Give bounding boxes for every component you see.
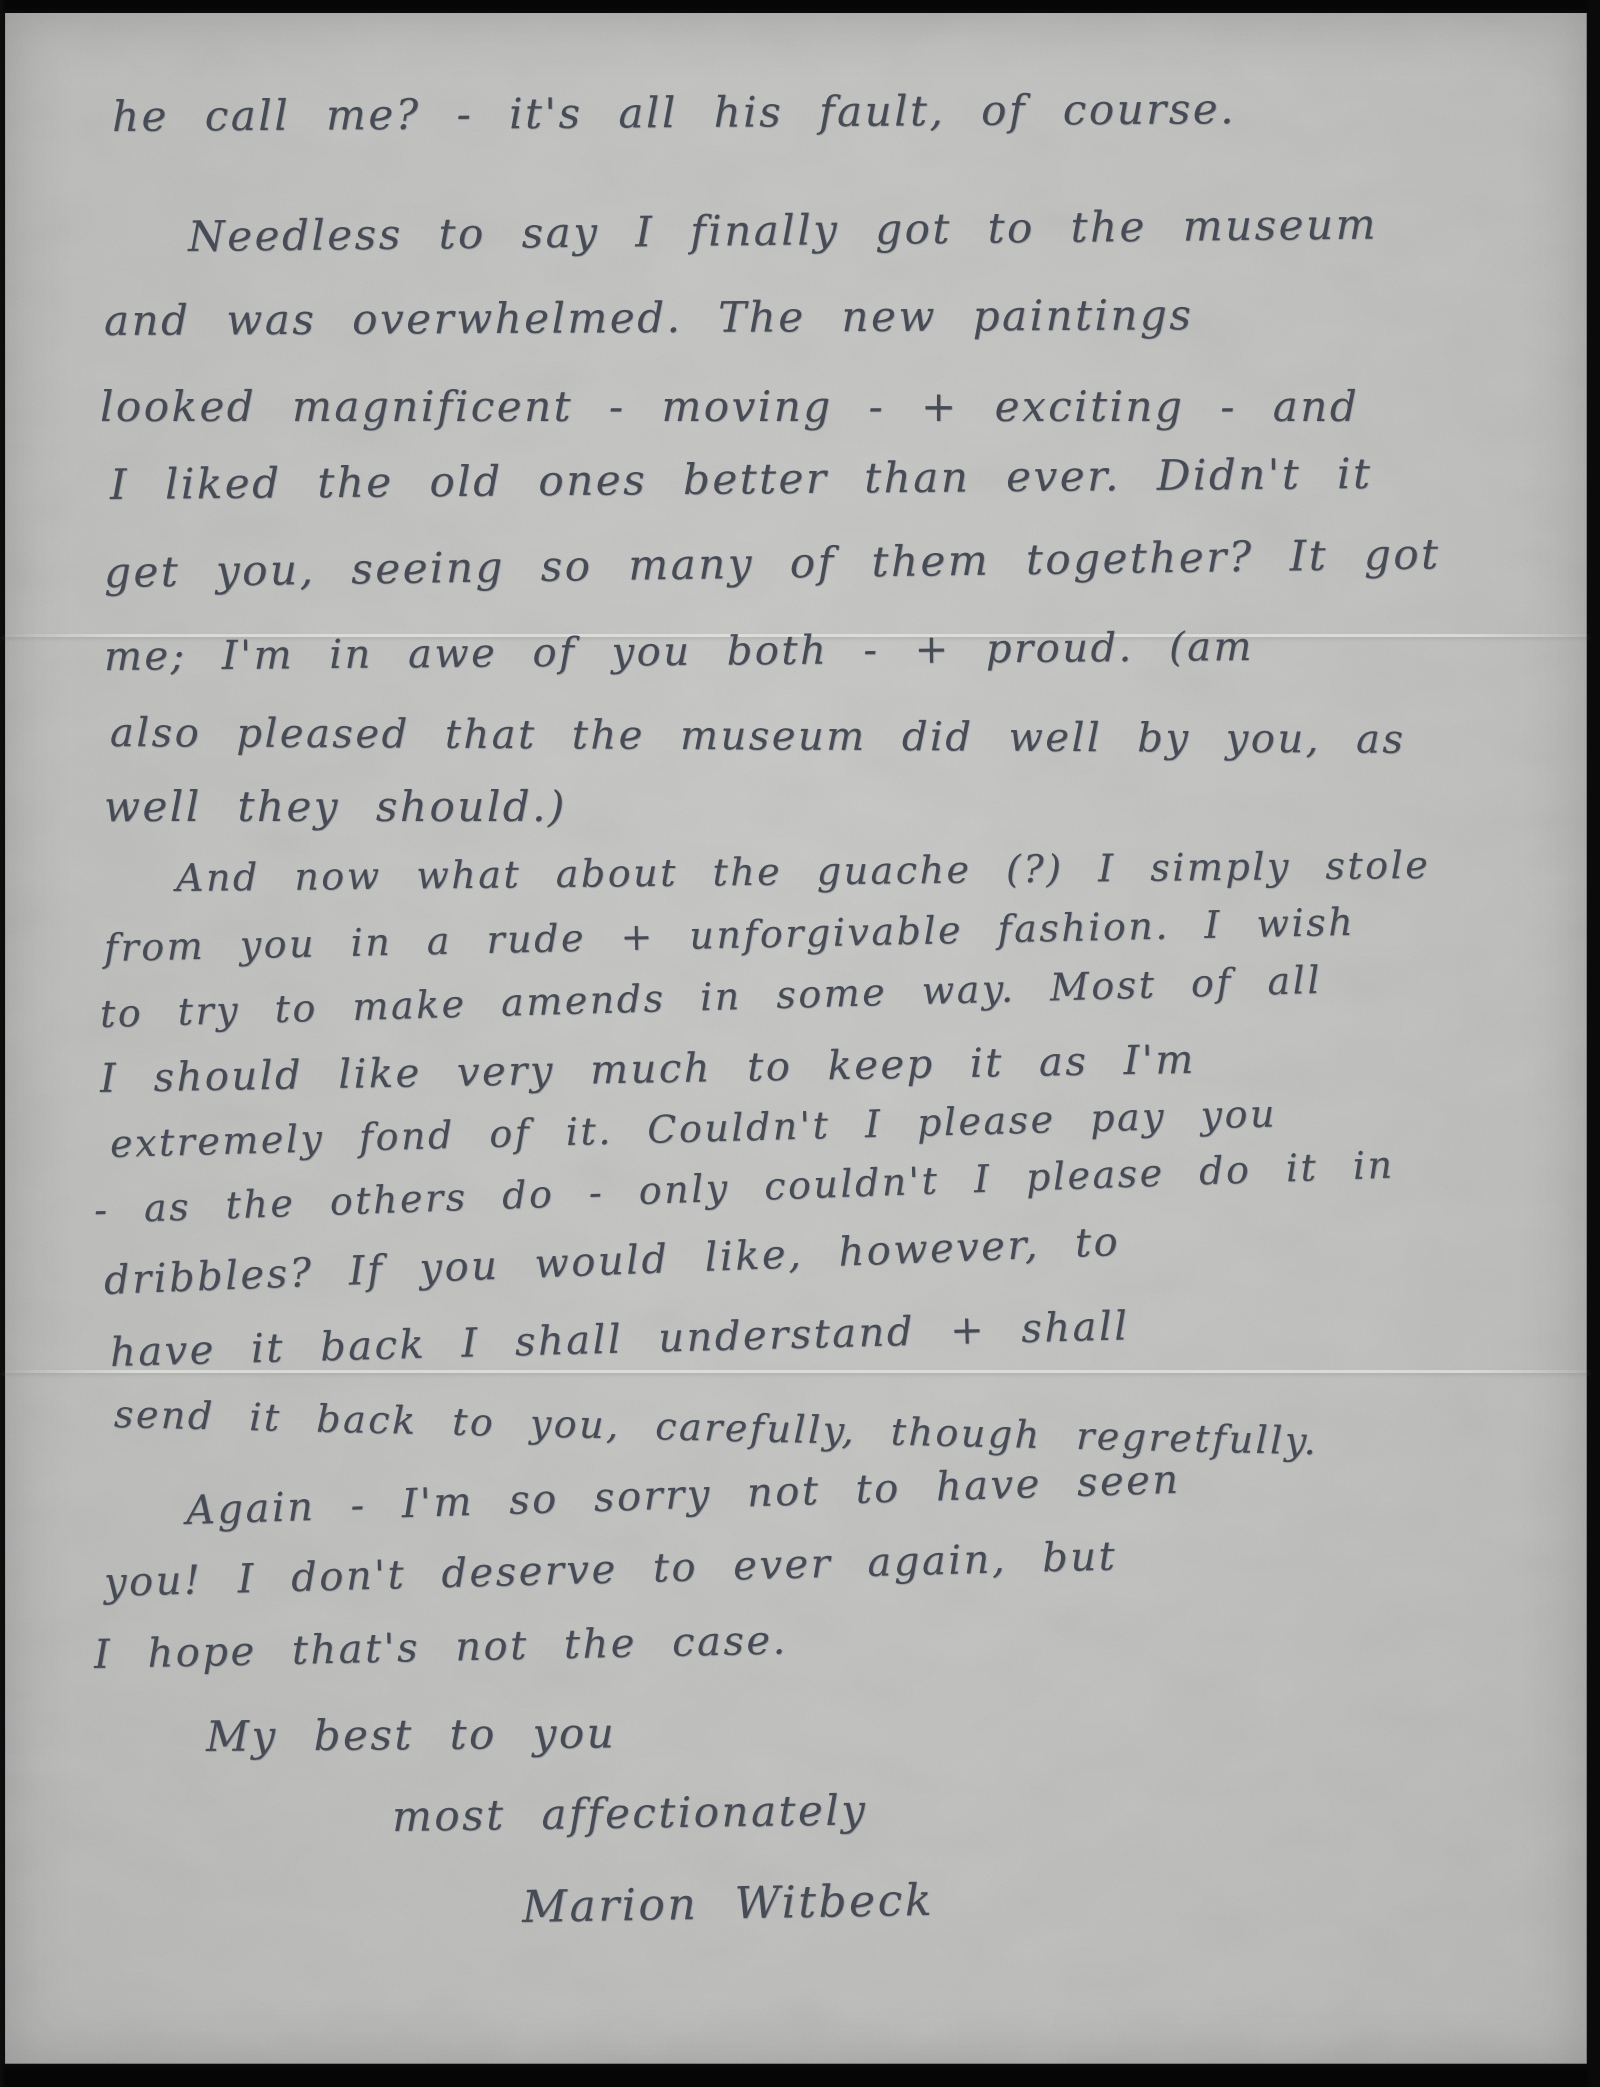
handwriting-line: looked magnificent - moving - + exciting… xyxy=(100,382,1359,431)
handwriting-line: me; I'm in awe of you both - + proud. (a… xyxy=(104,624,1254,680)
handwriting-line: most affectionately xyxy=(392,1785,868,1841)
scan-edge-top xyxy=(0,0,1600,13)
handwriting-line: I should like very much to keep it as I'… xyxy=(100,1037,1197,1102)
handwriting-line: Again - I'm so sorry not to have seen xyxy=(185,1457,1181,1534)
handwriting-line: and was overwhelmed. The new paintings xyxy=(104,290,1194,345)
handwriting-line: have it back I shall understand + shall xyxy=(109,1303,1130,1376)
handwriting-line: he call me? - it's all his fault, of cou… xyxy=(112,84,1236,141)
handwriting-line: My best to you xyxy=(206,1708,617,1761)
scan-edge-right xyxy=(1586,0,1600,2087)
handwriting-line: I hope that's not the case. xyxy=(94,1617,789,1678)
handwriting-line: to try to make amends in some way. Most … xyxy=(99,958,1322,1036)
handwriting-line: get you, seeing so many of them together… xyxy=(104,529,1441,597)
handwriting-line: dribbles? If you would like, however, to xyxy=(103,1219,1121,1304)
handwriting-line: And now what about the guache (?) I simp… xyxy=(176,843,1431,900)
handwriting-line: from you in a rude + unforgivable fashio… xyxy=(104,900,1356,970)
handwriting-line: also pleased that the museum did well by… xyxy=(110,710,1406,763)
handwriting-line: Marion Witbeck xyxy=(522,1875,935,1933)
handwriting-line: well they should.) xyxy=(104,782,567,831)
handwriting-line: send it back to you, carefully, though r… xyxy=(114,1392,1319,1463)
handwriting-line: Needless to say I finally got to the mus… xyxy=(188,200,1378,261)
scan-edge-left xyxy=(0,0,6,2087)
handwriting-line: you! I don't deserve to ever again, but xyxy=(103,1533,1117,1606)
scanned-letter: he call me? - it's all his fault, of cou… xyxy=(0,0,1600,2087)
scan-edge-bottom xyxy=(0,2063,1600,2087)
letter-body: he call me? - it's all his fault, of cou… xyxy=(0,0,1600,2087)
handwriting-line: I liked the old ones better than ever. D… xyxy=(110,449,1373,509)
